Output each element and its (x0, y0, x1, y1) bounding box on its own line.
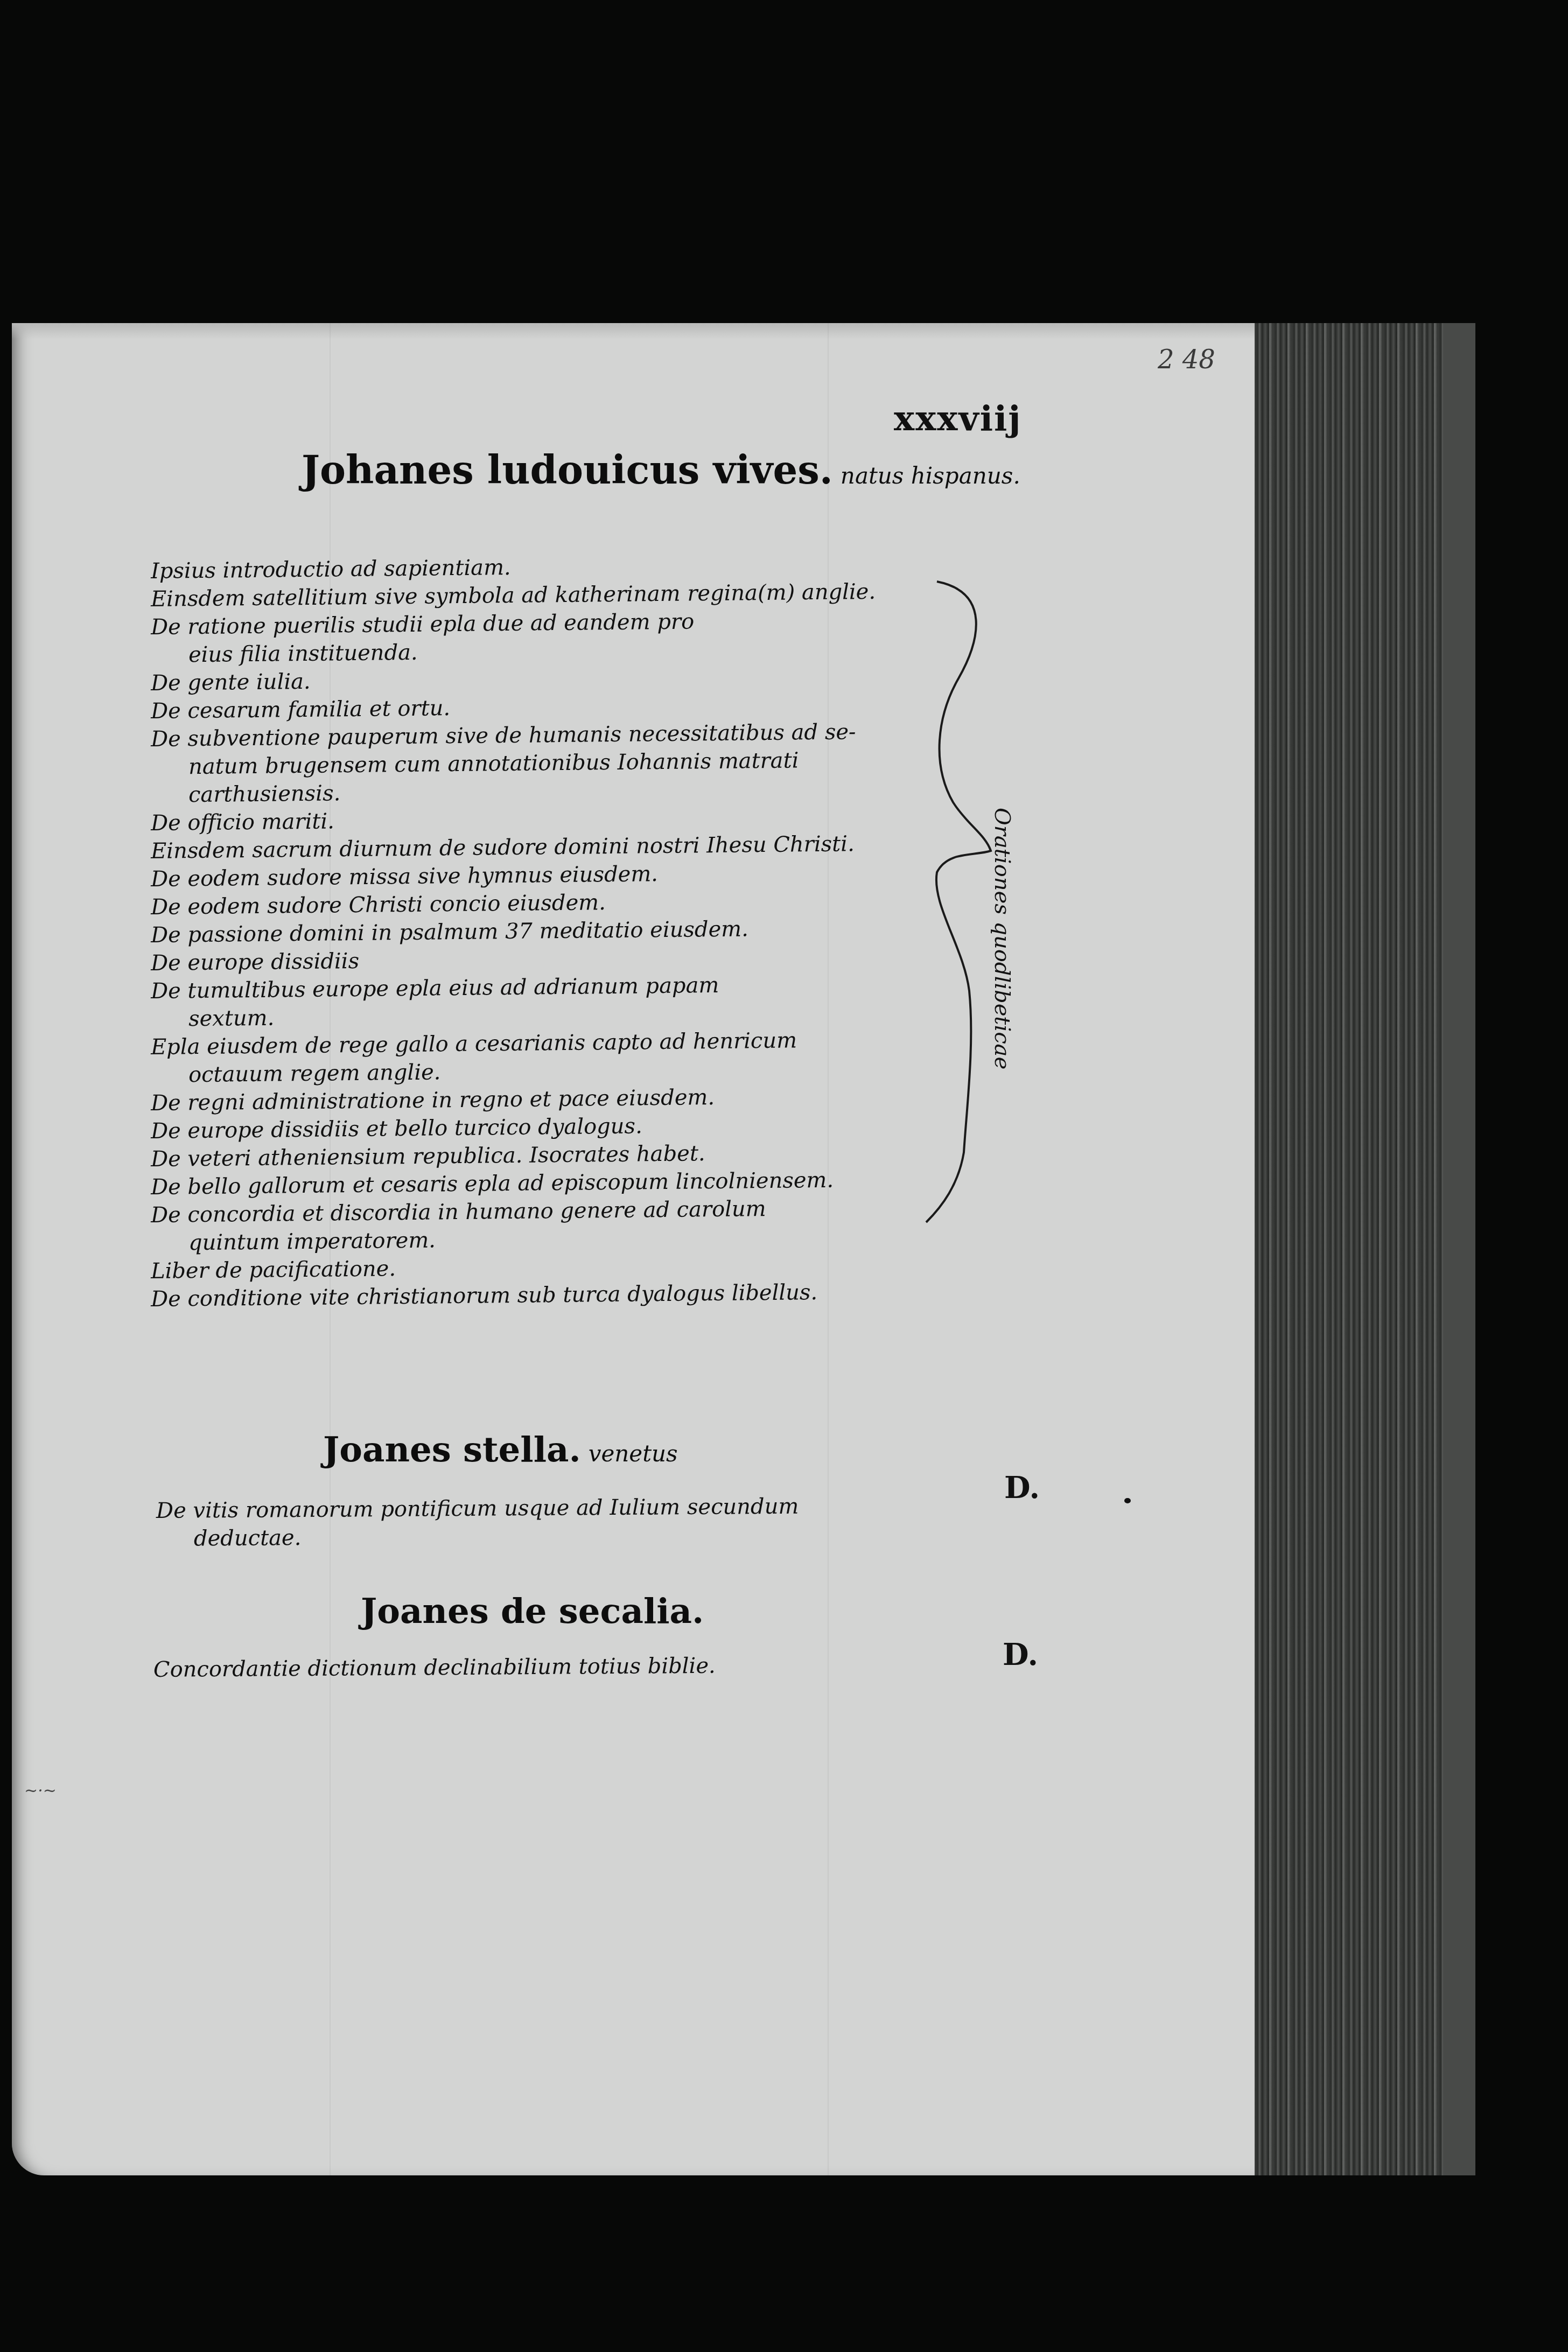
heading-text: Joanes stella. (323, 1430, 581, 1470)
entry-list-stella: De vitis romanorum pontificum usque ad I… (156, 1497, 799, 1553)
margin-mark: D. (1003, 1637, 1038, 1672)
margin-note-vertical: Orationes quodlibeticae (990, 808, 1014, 1069)
list-item: deductae. (156, 1521, 799, 1553)
running-head: xxxviij (894, 398, 1021, 439)
entry-list-secalia: Concordantie dictionum declinabilium tot… (153, 1656, 716, 1684)
heading-note: natus hispanus. (841, 463, 1020, 489)
folio-number: 2 48 (1158, 345, 1215, 375)
heading-text: Johanes ludouicus vives. (302, 447, 833, 493)
list-item: De vitis romanorum pontificum usque ad I… (156, 1493, 799, 1525)
ink-smudge: ~·~ (24, 1781, 57, 1800)
entry-list-vives: Ipsius introductio ad sapientiam. Einsde… (151, 557, 991, 1313)
section-heading-vives: Johanes ludouicus vives.natus hispanus. (302, 447, 1020, 493)
section-heading-stella: Joanes stella.venetus (323, 1430, 678, 1470)
curly-bracket-icon (915, 571, 996, 1233)
heading-text: Joanes de secalia. (361, 1591, 704, 1632)
section-heading-secalia: Joanes de secalia. (361, 1591, 704, 1632)
list-item: Concordantie dictionum declinabilium tot… (153, 1652, 716, 1684)
ink-dot (1124, 1498, 1131, 1503)
book-fore-edge (1255, 323, 1475, 2175)
margin-mark: D. (1004, 1470, 1040, 1506)
heading-note: venetus (589, 1440, 678, 1467)
